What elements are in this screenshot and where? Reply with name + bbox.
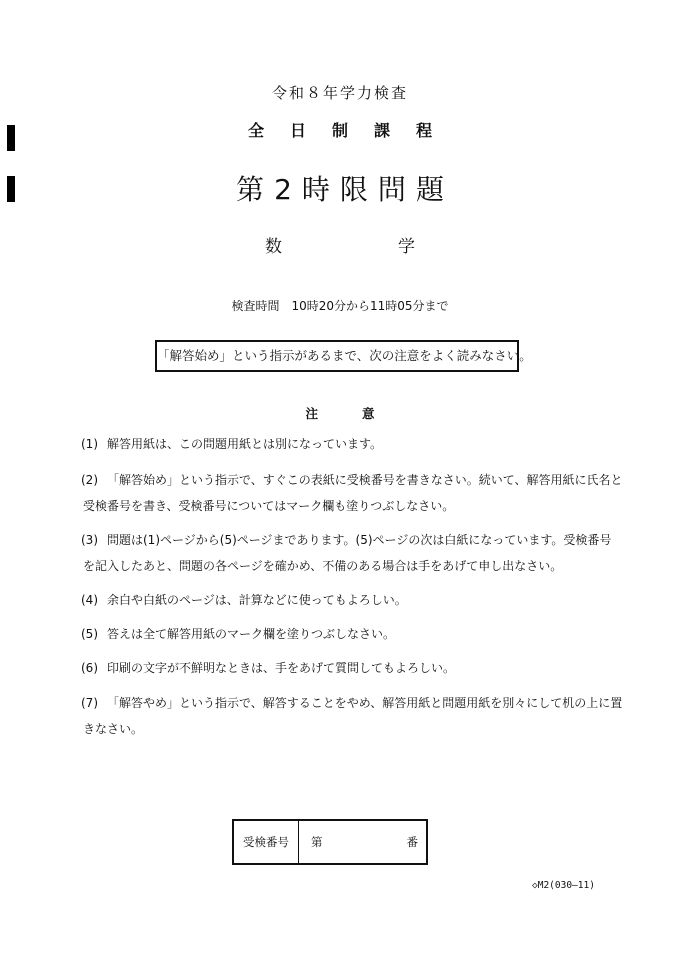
note-item-2: (2)「解答始め」という指示で、すぐこの表紙に受検番号を書きなさい。続いて、解答… xyxy=(81,467,641,519)
exam-year-title: 令和８年学力検査 xyxy=(0,82,680,103)
note-item-7: (7)「解答やめ」という指示で、解答することをやめ、解答用紙と問題用紙を別々にし… xyxy=(81,690,641,742)
exam-number-prefix: 第 xyxy=(311,834,323,850)
note-item-6: (6)印刷の文字が不鮮明なときは、手をあげて質問してもよろしい。 xyxy=(81,655,641,681)
note-item-4: (4)余白や白紙のページは、計算などに使ってもよろしい。 xyxy=(81,587,641,613)
notes-heading: 注意 xyxy=(0,404,680,422)
period-title: 第2時限問題 xyxy=(0,168,680,208)
note-item-5: (5)答えは全て解答用紙のマーク欄を塗りつぶしなさい。 xyxy=(81,621,641,647)
note-item-3: (3)問題は(1)ページから(5)ページまであります。(5)ページの次は白紙にな… xyxy=(81,527,641,579)
notice-box: 「解答始め」という指示があるまで、次の注意をよく読みなさい。 xyxy=(155,340,519,372)
exam-number-box: 受検番号 第 番 xyxy=(232,819,428,865)
subject-title: 数学 xyxy=(0,232,680,257)
course-title: 全日制課程 xyxy=(0,118,680,141)
exam-number-label: 受検番号 xyxy=(234,821,299,863)
exam-number-field[interactable]: 第 番 xyxy=(299,821,426,863)
exam-time-label: 検査時間 xyxy=(231,299,279,313)
note-item-1: (1)解答用紙は、この問題用紙とは別になっています。 xyxy=(81,431,641,457)
footer-code: ◇M2(030—11) xyxy=(532,880,595,891)
exam-time-value: 10時20分から11時05分まで xyxy=(291,299,448,313)
exam-time: 検査時間10時20分から11時05分まで xyxy=(0,297,680,314)
exam-number-suffix: 番 xyxy=(407,834,419,850)
